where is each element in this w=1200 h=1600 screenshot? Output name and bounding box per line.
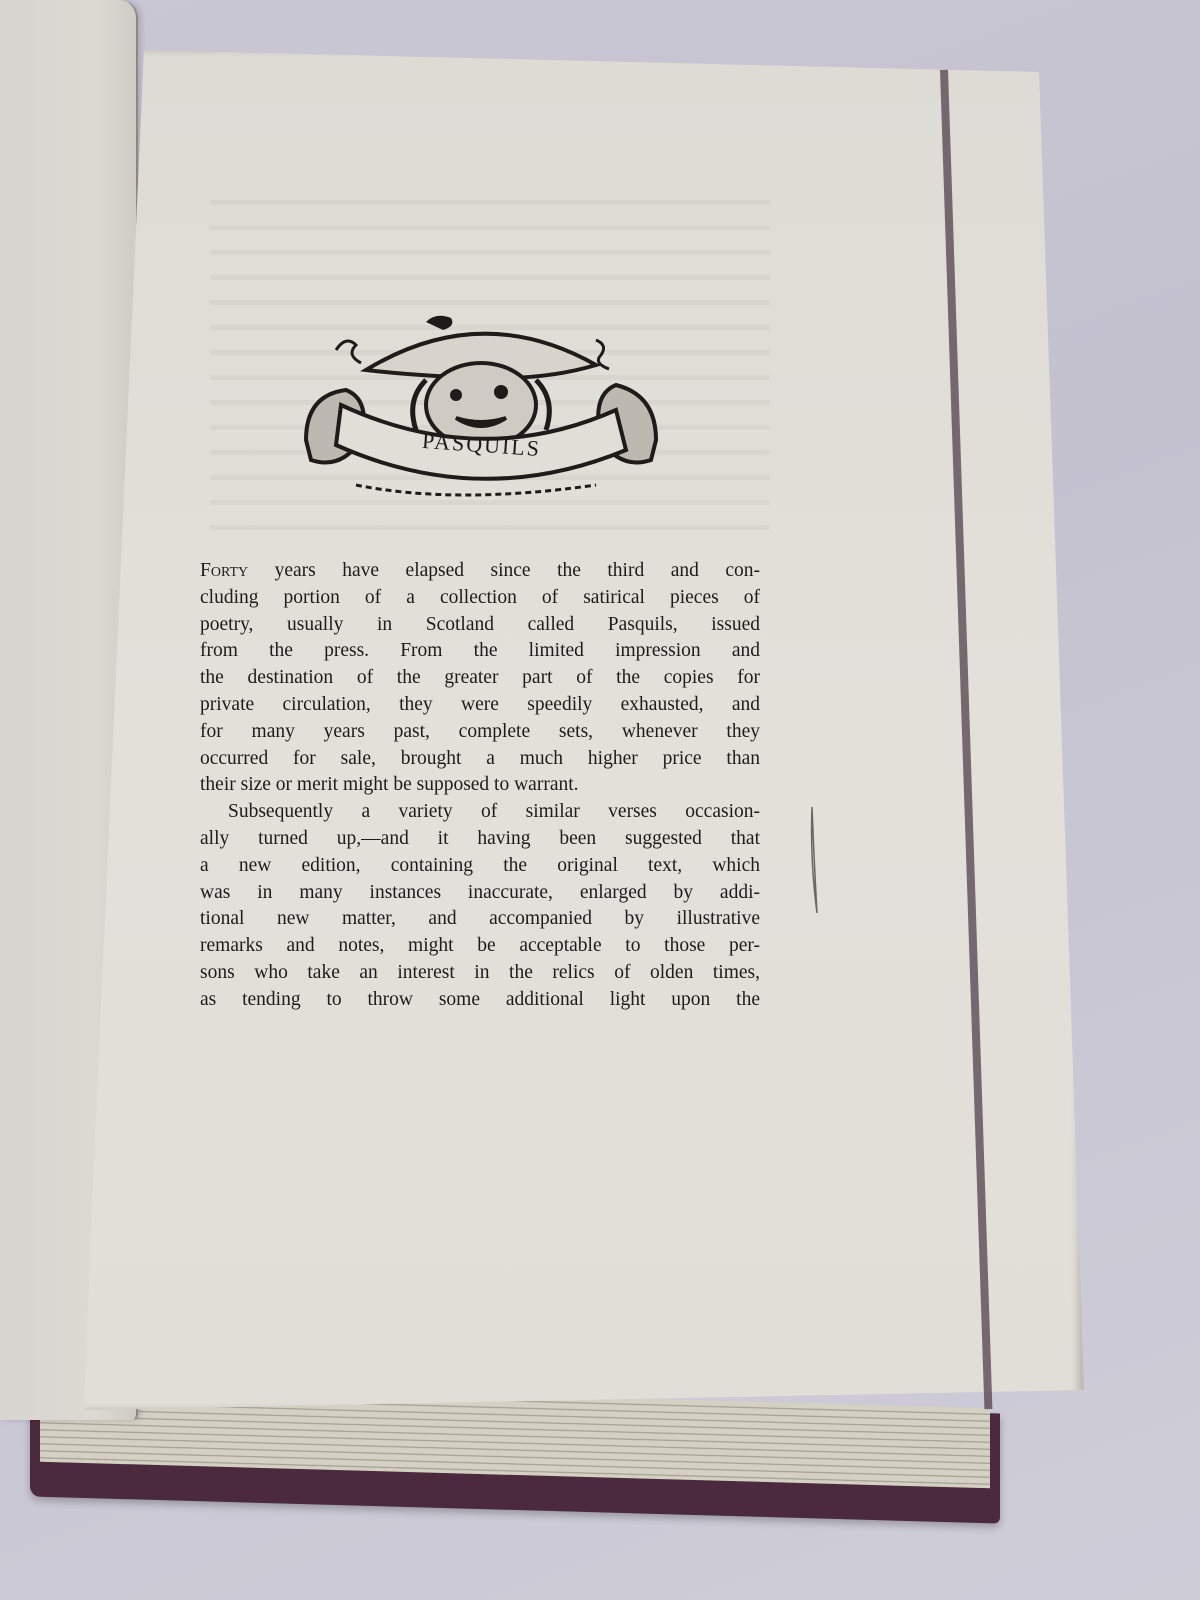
pasquils-headpiece-illustration: PASQUILS: [296, 310, 666, 500]
paragraph-2: Subsequently a variety of similar verses…: [200, 799, 760, 1013]
text-line: sons who take an interest in the relics …: [200, 960, 760, 987]
text-line: Subsequently a variety of similar verses…: [200, 799, 760, 826]
text-line: Forty years have elapsed since the third…: [200, 558, 760, 585]
text-line: occurred for sale, brought a much higher…: [200, 746, 760, 773]
text-line: private circulation, they were speedily …: [200, 692, 760, 719]
paragraph-1: Forty years have elapsed since the third…: [200, 558, 760, 799]
woodcut-figure-icon: PASQUILS: [296, 310, 666, 500]
text-line: the destination of the greater part of t…: [200, 665, 760, 692]
text-line: from the press. From the limited impress…: [200, 638, 760, 665]
text-line: cluding portion of a collection of satir…: [200, 585, 760, 612]
text-line: ally turned up,—and it having been sugge…: [200, 826, 760, 853]
body-text: Forty years have elapsed since the third…: [200, 558, 760, 1014]
text-line: was in many instances inaccurate, enlarg…: [200, 880, 760, 907]
text-line: their size or merit might be supposed to…: [200, 772, 760, 799]
text-line: remarks and notes, might be acceptable t…: [200, 933, 760, 960]
pencil-mark-icon: [810, 805, 820, 915]
text-line: poetry, usually in Scotland called Pasqu…: [200, 612, 760, 639]
text-line: tional new matter, and accompanied by il…: [200, 906, 760, 933]
text-line: as tending to throw some additional ligh…: [200, 987, 760, 1014]
text-line: a new edition, containing the original t…: [200, 853, 760, 880]
lead-word: Forty: [200, 560, 248, 581]
text-line: for many years past, complete sets, when…: [200, 719, 760, 746]
